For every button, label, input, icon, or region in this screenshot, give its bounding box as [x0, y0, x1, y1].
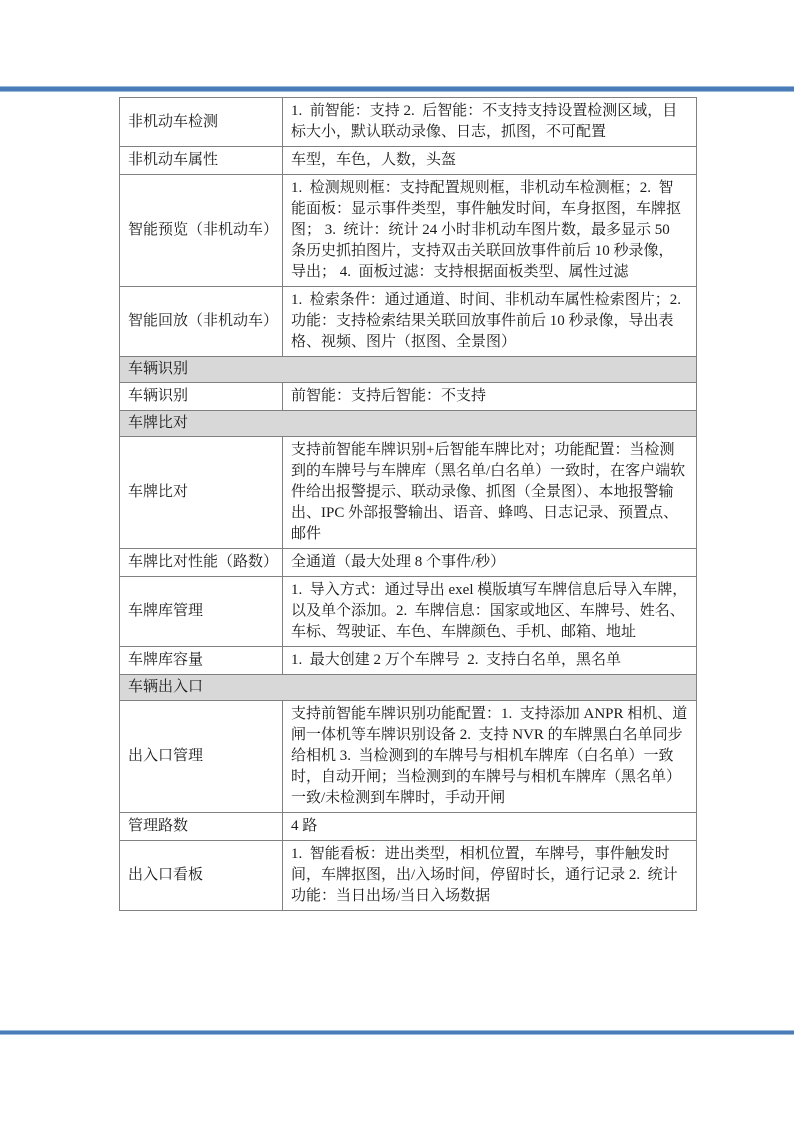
- spec-table: 非机动车检测1. 前智能：支持 2. 后智能：不支持支持设置检测区域，目标大小，…: [119, 97, 697, 911]
- feature-value: 1. 最大创建 2 万个车牌号 2. 支持白名单，黑名单: [283, 647, 697, 675]
- feature-value: 1. 检测规则框：支持配置规则框，非机动车检测框；2. 智能面板：显示事件类型，…: [283, 175, 697, 287]
- table-row: 车牌比对支持前智能车牌识别+后智能车牌比对；功能配置：当检测到的车牌号与车牌库（…: [120, 437, 697, 549]
- feature-value: 1. 智能看板：进出类型，相机位置，车牌号，事件触发时间，车牌抠图，出/入场时间…: [283, 841, 697, 911]
- footer-divider-rule: [0, 1030, 794, 1035]
- feature-value: 1. 导入方式：通过导出 exel 模版填写车牌信息后导入车牌，以及单个添加。2…: [283, 577, 697, 647]
- feature-label: 智能回放（非机动车）: [120, 287, 283, 357]
- feature-value: 4 路: [283, 813, 697, 841]
- document-page: 非机动车检测1. 前智能：支持 2. 后智能：不支持支持设置检测区域，目标大小，…: [0, 0, 794, 1123]
- feature-value: 1. 检索条件：通过通道、时间、非机动车属性检索图片；2. 功能：支持检索结果关…: [283, 287, 697, 357]
- feature-label: 车牌库容量: [120, 647, 283, 675]
- feature-label: 车牌比对性能（路数）: [120, 549, 283, 577]
- feature-label: 车辆识别: [120, 383, 283, 411]
- section-title: 车牌比对: [120, 411, 697, 437]
- table-row: 非机动车检测1. 前智能：支持 2. 后智能：不支持支持设置检测区域，目标大小，…: [120, 98, 697, 147]
- table-row: 管理路数4 路: [120, 813, 697, 841]
- section-row: 车牌比对: [120, 411, 697, 437]
- feature-label: 出入口管理: [120, 701, 283, 813]
- feature-label: 管理路数: [120, 813, 283, 841]
- feature-label: 车牌库管理: [120, 577, 283, 647]
- feature-label: 智能预览（非机动车）: [120, 175, 283, 287]
- feature-value: 支持前智能车牌识别+后智能车牌比对；功能配置：当检测到的车牌号与车牌库（黑名单/…: [283, 437, 697, 549]
- section-title: 车辆识别: [120, 357, 697, 383]
- feature-value: 1. 前智能：支持 2. 后智能：不支持支持设置检测区域，目标大小，默认联动录像…: [283, 98, 697, 147]
- table-row: 非机动车属性车型，车色，人数，头盔: [120, 147, 697, 175]
- table-row: 智能预览（非机动车）1. 检测规则框：支持配置规则框，非机动车检测框；2. 智能…: [120, 175, 697, 287]
- header-divider-rule: [0, 86, 794, 92]
- feature-label: 出入口看板: [120, 841, 283, 911]
- feature-label: 车牌比对: [120, 437, 283, 549]
- feature-value: 车型，车色，人数，头盔: [283, 147, 697, 175]
- feature-value: 支持前智能车牌识别功能配置：1. 支持添加 ANPR 相机、道闸一体机等车牌识别…: [283, 701, 697, 813]
- table-row: 车牌比对性能（路数）全通道（最大处理 8 个事件/秒）: [120, 549, 697, 577]
- table-row: 出入口看板1. 智能看板：进出类型，相机位置，车牌号，事件触发时间，车牌抠图，出…: [120, 841, 697, 911]
- feature-label: 非机动车属性: [120, 147, 283, 175]
- table-row: 出入口管理支持前智能车牌识别功能配置：1. 支持添加 ANPR 相机、道闸一体机…: [120, 701, 697, 813]
- feature-label: 非机动车检测: [120, 98, 283, 147]
- section-title: 车辆出入口: [120, 675, 697, 701]
- table-row: 车牌库容量1. 最大创建 2 万个车牌号 2. 支持白名单，黑名单: [120, 647, 697, 675]
- table-row: 车牌库管理1. 导入方式：通过导出 exel 模版填写车牌信息后导入车牌，以及单…: [120, 577, 697, 647]
- section-row: 车辆出入口: [120, 675, 697, 701]
- table-row: 智能回放（非机动车）1. 检索条件：通过通道、时间、非机动车属性检索图片；2. …: [120, 287, 697, 357]
- table-row: 车辆识别前智能：支持后智能：不支持: [120, 383, 697, 411]
- feature-value: 前智能：支持后智能：不支持: [283, 383, 697, 411]
- section-row: 车辆识别: [120, 357, 697, 383]
- feature-value: 全通道（最大处理 8 个事件/秒）: [283, 549, 697, 577]
